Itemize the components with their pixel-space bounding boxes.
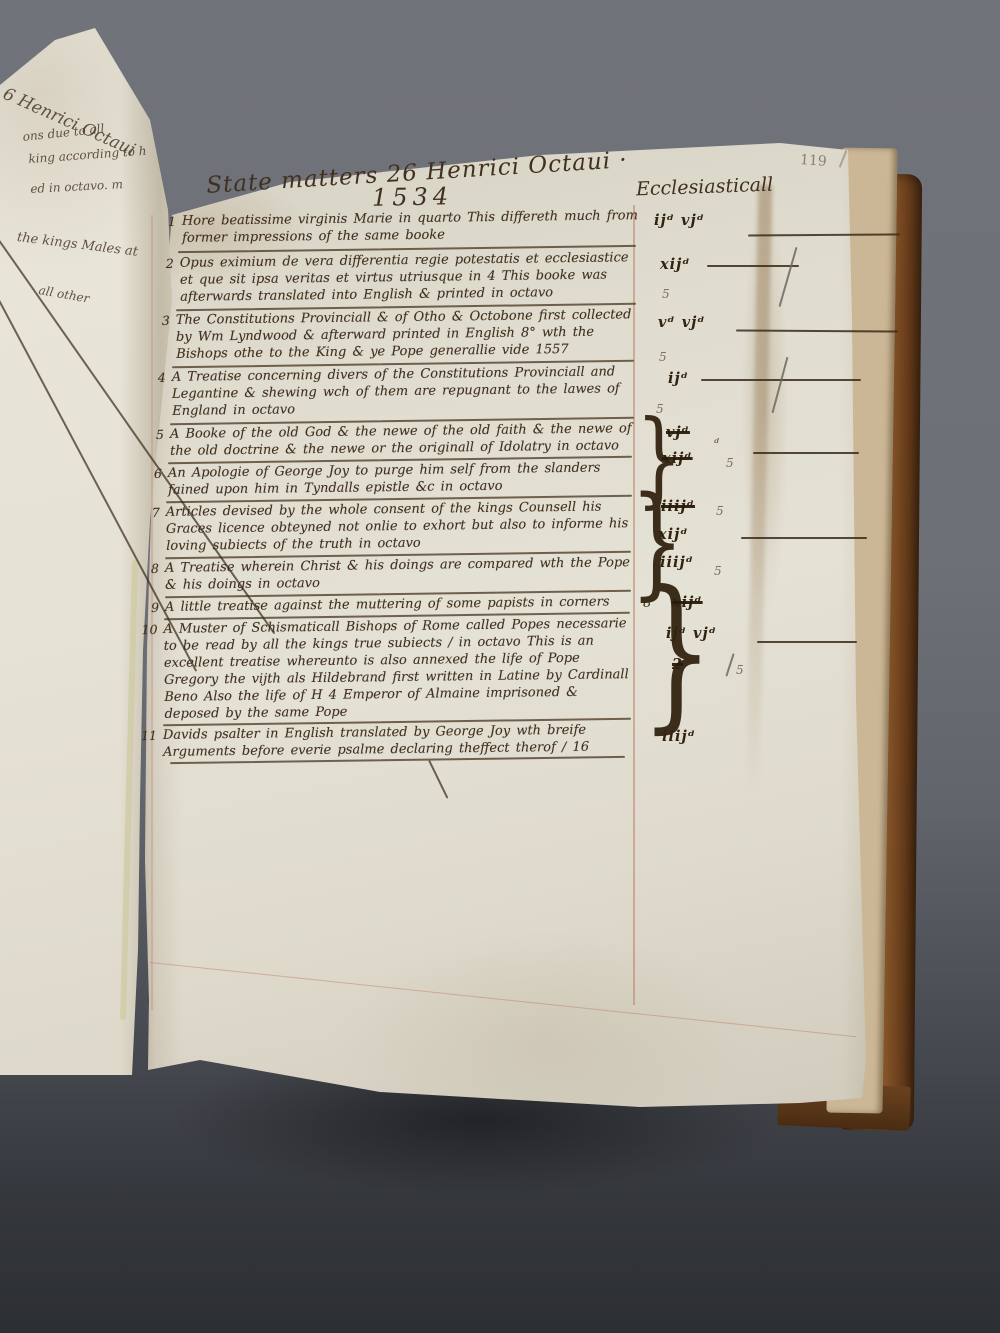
price-entries-5-6-struck: vjᵈ xyxy=(666,424,690,441)
price-entries-9-10-struck: xijᵈ xyxy=(672,594,703,611)
entry-text: Hore beatissime virginis Marie in quarto… xyxy=(182,208,638,246)
catalog-entry-11: 11Davids psalter in English translated b… xyxy=(163,721,631,761)
entry-number: 4 xyxy=(146,369,166,386)
price-entry-2: xijᵈ xyxy=(660,256,691,273)
price-side-mark: ᵈ xyxy=(714,436,719,450)
price-entries-7-8-struck: iiijᵈ xyxy=(661,498,695,515)
price-entries-9-10: ijᵈ vjᵈ xyxy=(666,625,717,642)
catalog-entry-4: 4A Treatise concerning divers of the Con… xyxy=(172,363,637,420)
entry-number: 7 xyxy=(140,504,160,521)
catalog-entry-3: 3The Constitutions Provinciall & of Otho… xyxy=(176,306,639,363)
entry-text: A Treatise wherein Christ & his doings a… xyxy=(165,555,630,593)
catalog-entry-2: 2Opus eximium de vera differentia regie … xyxy=(180,249,641,306)
catalog-entry-10: 10A Muster of Schismaticall Bishops of R… xyxy=(163,615,632,723)
entry-number: 9 xyxy=(139,599,159,616)
price-note: 5 xyxy=(736,663,744,677)
entry-text: Davids psalter in English translated by … xyxy=(163,723,589,760)
catalog-entry-7: 7Articles devised by the whole consent o… xyxy=(166,498,633,555)
entry-number: 11 xyxy=(137,727,157,744)
price-entries-9-10-struck: 2 xyxy=(672,656,683,673)
entry-number: 10 xyxy=(137,621,157,638)
price-note: 5 xyxy=(662,287,670,301)
price-dash xyxy=(753,452,859,454)
entry-number: 5 xyxy=(144,426,164,443)
page-year: 1534 xyxy=(372,182,454,211)
entry-text: A Treatise concerning divers of the Cons… xyxy=(172,364,620,418)
catalog-entry-6: 6An Apologie of George Joy to purge him … xyxy=(168,459,632,499)
photograph-of-manuscript-catalog: { "scene": { "folio": "119", "title": "S… xyxy=(0,0,1000,1333)
price-entries-5-6-struck: xijᵈ xyxy=(662,450,693,467)
price-dash xyxy=(757,641,857,643)
price-entries-7-8: xijᵈ xyxy=(658,526,689,543)
price-entry-1: ijᵈ vjᵈ xyxy=(654,212,705,229)
entry-number: 3 xyxy=(150,312,170,329)
catalog-entry-1: 1Hore beatissime virginis Marie in quart… xyxy=(182,207,640,247)
price-note: 5 xyxy=(714,564,722,578)
entry-number: 1 xyxy=(156,213,176,230)
entry-text: Opus eximium de vera differentia regie p… xyxy=(180,250,629,304)
entry-text: An Apologie of George Joy to purge him s… xyxy=(168,461,601,498)
entry-text: Articles devised by the whole consent of… xyxy=(166,500,629,554)
entry-text: A Muster of Schismaticall Bishops of Rom… xyxy=(163,616,628,722)
price-dash xyxy=(741,537,867,539)
price-note: 5 xyxy=(726,456,734,470)
price-entry-3: vᵈ vjᵈ xyxy=(658,314,706,331)
price-entry-11: iiijᵈ xyxy=(662,728,696,745)
price-dash xyxy=(707,265,799,267)
catalog-entry-8: 8A Treatise wherein Christ & his doings … xyxy=(165,554,631,594)
folio-number: 119 xyxy=(799,152,827,170)
entry-text: A Booke of the old God & the newe of the… xyxy=(170,421,632,459)
price-note: 5 xyxy=(716,504,724,518)
price-entry-4: ijᵈ xyxy=(668,370,689,387)
price-note: 5 xyxy=(659,350,667,364)
entry-text: The Constitutions Provinciall & of Otho … xyxy=(176,307,632,362)
catalog-entry-5: 5A Booke of the old God & the newe of th… xyxy=(170,420,634,460)
entry-number: 2 xyxy=(154,255,174,272)
